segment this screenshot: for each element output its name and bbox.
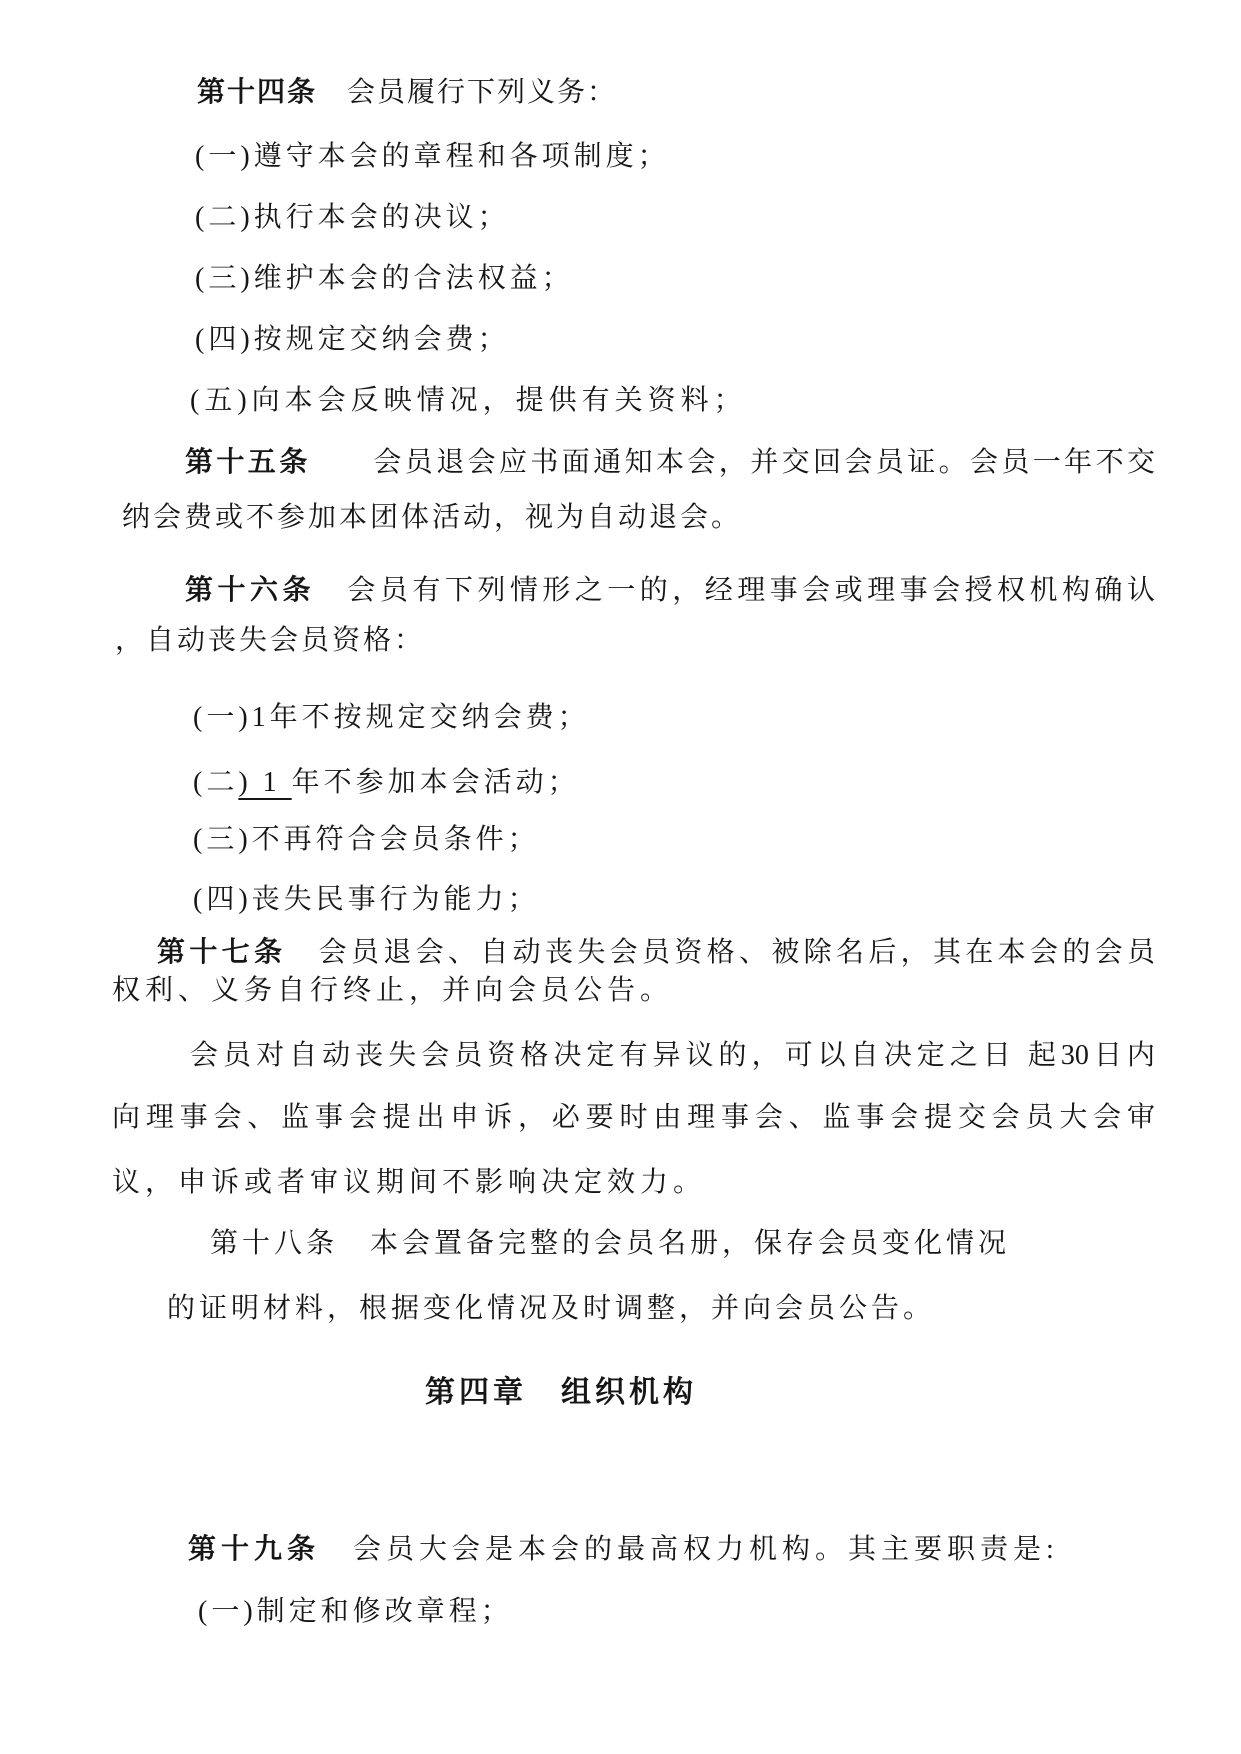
article-15-text-wrap: 纳会费或不参加本团体活动，视为自动退会。 bbox=[122, 502, 742, 533]
article-16-line-2: ，自动丧失会员资格： bbox=[115, 623, 425, 659]
appeal-paragraph-text-1: 会员对自动丧失会员资格决定有异议的，可以自决定之日 起30日内 bbox=[190, 1040, 1155, 1071]
appeal-paragraph-text-2: 向理事会、监事会提出申诉，必要时由理事会、监事会提交会员大会审 bbox=[112, 1102, 1155, 1133]
charter-item-line: (一)制定和修改章程； bbox=[198, 1594, 513, 1630]
disqualification-item-4-text: (四)丧失民事行为能力； bbox=[193, 884, 540, 915]
article-17-line-1: 第十七条 会员退会、自动丧失会员资格、被除名后，其在本会的会员 bbox=[157, 935, 1155, 971]
obligation-item-4-line: (四)按规定交纳会费； bbox=[195, 322, 510, 358]
article-16-text-wrap: ，自动丧失会员资格： bbox=[115, 625, 425, 656]
article-16-number: 第十六条 bbox=[185, 575, 315, 606]
article-19-number: 第十九条 bbox=[188, 1534, 320, 1565]
article-17-number: 第十七条 bbox=[157, 937, 286, 968]
obligation-item-5-text: (五)向本会反映情况，提供有关资料； bbox=[190, 385, 747, 416]
article-19-line: 第十九条 会员大会是本会的最高权力机构。其主要职责是: bbox=[188, 1532, 1059, 1568]
article-15-line-1: 第十五条 会员退会应书面通知本会，并交回会员证。会员一年不交 bbox=[185, 445, 1155, 481]
disqualification-item-1-text: (一)1年不按规定交纳会费； bbox=[193, 702, 590, 733]
obligation-item-3-text: (三)维护本会的合法权益； bbox=[195, 263, 574, 294]
article-17-line-2: 权利、义务自行终止，并向会员公告。 bbox=[112, 973, 673, 1009]
appeal-paragraph-line-2: 向理事会、监事会提出申诉，必要时由理事会、监事会提交会员大会审 bbox=[112, 1100, 1155, 1136]
article-16-line-1: 第十六条 会员有下列情形之一的，经理事会或理事会授权机构确认 bbox=[185, 573, 1155, 609]
chapter-4-heading-text: 第四章 组织机构 bbox=[425, 1376, 697, 1409]
disqualification-item-3-line: (三)不再符合会员条件； bbox=[193, 822, 540, 858]
article-18-line-1: 第十八条 本会置备完整的会员名册，保存会员变化情况 bbox=[210, 1226, 1010, 1262]
charter-item-text: (一)制定和修改章程； bbox=[198, 1596, 513, 1627]
disqualification-item-2-pre: (二 bbox=[193, 767, 238, 798]
underlined-number: ) 1 bbox=[238, 767, 291, 798]
chapter-4-heading: 第四章 组织机构 bbox=[425, 1375, 697, 1411]
appeal-paragraph-text-3: 议，申诉或者审议期间不影响决定效力。 bbox=[112, 1167, 706, 1198]
disqualification-item-2-post: 年不参加本会活动； bbox=[292, 767, 580, 798]
disqualification-item-4-line: (四)丧失民事行为能力； bbox=[193, 882, 540, 918]
article-15-text: 会员退会应书面通知本会，并交回会员证。会员一年不交 bbox=[311, 447, 1155, 478]
article-18-line-2: 的证明材料，根据变化情况及时调整，并向会员公告。 bbox=[167, 1291, 935, 1327]
obligation-item-5-line: (五)向本会反映情况，提供有关资料； bbox=[190, 383, 747, 419]
article-17-text-wrap: 权利、义务自行终止，并向会员公告。 bbox=[112, 975, 673, 1006]
obligation-item-2-text: (二)执行本会的决议； bbox=[195, 202, 510, 233]
obligation-item-2-line: (二)执行本会的决议； bbox=[195, 200, 510, 236]
article-18-text-1: 第十八条 本会置备完整的会员名册，保存会员变化情况 bbox=[210, 1228, 1010, 1259]
article-14-text: 会员履行下列义务： bbox=[317, 77, 617, 108]
article-19-text: 会员大会是本会的最高权力机构。其主要职责是: bbox=[320, 1534, 1059, 1565]
obligation-item-3-line: (三)维护本会的合法权益； bbox=[195, 261, 574, 297]
article-15-number: 第十五条 bbox=[185, 447, 311, 478]
disqualification-item-3-text: (三)不再符合会员条件； bbox=[193, 824, 540, 855]
disqualification-item-1-line: (一)1年不按规定交纳会费； bbox=[193, 700, 590, 736]
obligation-item-1-text: (一)遵守本会的章程和各项制度； bbox=[195, 141, 670, 172]
article-14-heading-line: 第十四条 会员履行下列义务： bbox=[197, 75, 617, 111]
article-16-text: 会员有下列情形之一的，经理事会或理事会授权机构确认 bbox=[315, 575, 1155, 606]
document-page: 第十四条 会员履行下列义务： (一)遵守本会的章程和各项制度； (二)执行本会的… bbox=[0, 0, 1241, 1754]
appeal-paragraph-line-3: 议，申诉或者审议期间不影响决定效力。 bbox=[112, 1165, 706, 1201]
appeal-paragraph-line-1: 会员对自动丧失会员资格决定有异议的，可以自决定之日 起30日内 bbox=[190, 1038, 1155, 1074]
obligation-item-1-line: (一)遵守本会的章程和各项制度； bbox=[195, 139, 670, 175]
article-15-line-2: 纳会费或不参加本团体活动，视为自动退会。 bbox=[122, 500, 742, 536]
article-17-text: 会员退会、自动丧失会员资格、被除名后，其在本会的会员 bbox=[286, 937, 1155, 968]
article-14-number: 第十四条 bbox=[197, 77, 317, 108]
article-18-text-2: 的证明材料，根据变化情况及时调整，并向会员公告。 bbox=[167, 1293, 935, 1324]
disqualification-item-2-line: (二) 1 年不参加本会活动； bbox=[193, 765, 580, 801]
obligation-item-4-text: (四)按规定交纳会费； bbox=[195, 324, 510, 355]
